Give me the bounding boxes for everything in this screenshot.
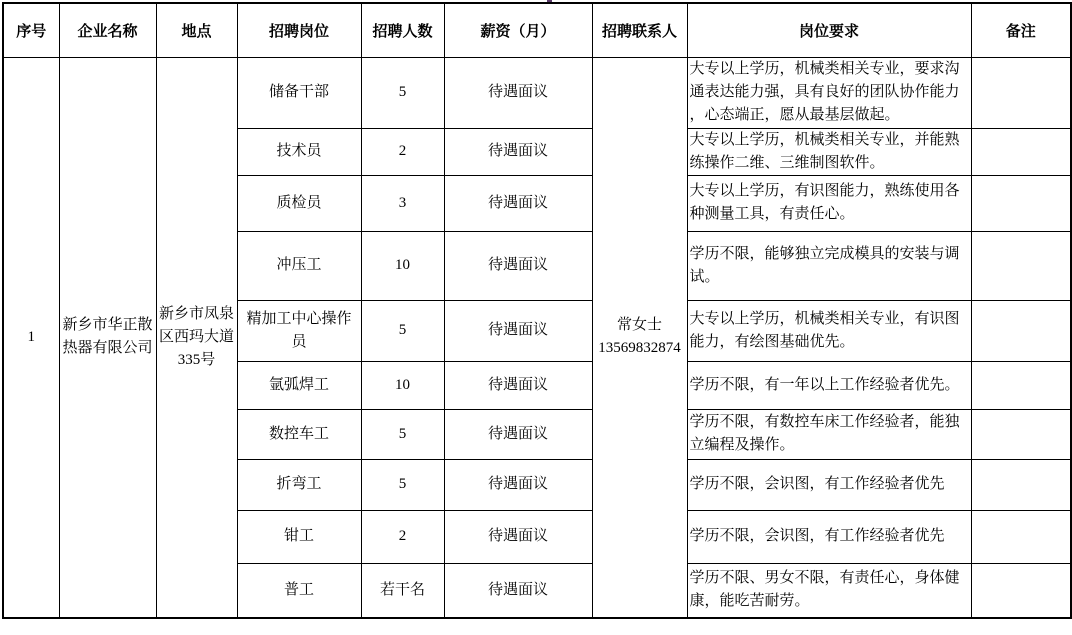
table-row: 1新乡市华正散热器有限公司新乡市凤泉区西玛大道335号储备干部5待遇面议常女士1…	[3, 57, 1071, 128]
position-cell: 质检员	[237, 175, 361, 231]
headcount-cell: 5	[361, 409, 444, 459]
note-cell	[971, 510, 1071, 563]
headcount-cell: 10	[361, 231, 444, 300]
col-header-salary: 薪资（月）	[444, 3, 592, 57]
requirements-cell: 大专以上学历，机械类相关专业，并能熟练操作二维、三维制图软件。	[687, 128, 971, 175]
headcount-cell: 5	[361, 459, 444, 510]
col-header-index: 序号	[3, 3, 59, 57]
header-row: 序号 企业名称 地点 招聘岗位 招聘人数 薪资（月） 招聘联系人 岗位要求 备注	[3, 3, 1071, 57]
salary-cell: 待遇面议	[444, 128, 592, 175]
salary-cell: 待遇面议	[444, 563, 592, 618]
col-header-contact: 招聘联系人	[592, 3, 687, 57]
salary-cell: 待遇面议	[444, 300, 592, 361]
note-cell	[971, 300, 1071, 361]
position-cell: 储备干部	[237, 57, 361, 128]
contact-cell: 常女士13569832874	[592, 57, 687, 618]
note-cell	[971, 361, 1071, 409]
note-cell	[971, 175, 1071, 231]
headcount-cell: 5	[361, 300, 444, 361]
contact-phone: 13569832874	[595, 337, 685, 360]
requirements-cell: 大专以上学历，机械类相关专业，有识图能力，有绘图基础优先。	[687, 300, 971, 361]
col-header-headcount: 招聘人数	[361, 3, 444, 57]
salary-cell: 待遇面议	[444, 57, 592, 128]
salary-cell: 待遇面议	[444, 361, 592, 409]
position-cell: 冲压工	[237, 231, 361, 300]
salary-cell: 待遇面议	[444, 175, 592, 231]
position-cell: 普工	[237, 563, 361, 618]
note-cell	[971, 409, 1071, 459]
note-cell	[971, 57, 1071, 128]
note-cell	[971, 231, 1071, 300]
salary-cell: 待遇面议	[444, 510, 592, 563]
recruitment-table: 序号 企业名称 地点 招聘岗位 招聘人数 薪资（月） 招聘联系人 岗位要求 备注…	[2, 2, 1072, 619]
salary-cell: 待遇面议	[444, 409, 592, 459]
index-cell: 1	[3, 57, 59, 618]
requirements-cell: 大专以上学历，有识图能力，熟练使用各种测量工具，有责任心。	[687, 175, 971, 231]
headcount-cell: 3	[361, 175, 444, 231]
col-header-company: 企业名称	[59, 3, 156, 57]
note-cell	[971, 128, 1071, 175]
headcount-cell: 若干名	[361, 563, 444, 618]
requirements-cell: 学历不限，会识图，有工作经验者优先	[687, 459, 971, 510]
headcount-cell: 5	[361, 57, 444, 128]
requirements-cell: 学历不限，有数控车床工作经验者，能独立编程及操作。	[687, 409, 971, 459]
company-name-cell: 新乡市华正散热器有限公司	[59, 57, 156, 618]
salary-cell: 待遇面议	[444, 231, 592, 300]
location-cell: 新乡市凤泉区西玛大道335号	[156, 57, 237, 618]
position-cell: 折弯工	[237, 459, 361, 510]
requirements-cell: 学历不限，能够独立完成模具的安装与调试。	[687, 231, 971, 300]
salary-cell: 待遇面议	[444, 459, 592, 510]
requirements-cell: 大专以上学历，机械类相关专业，要求沟通表达能力强，具有良好的团队协作能力，心态端…	[687, 57, 971, 128]
recruitment-table-wrap: 序号 企业名称 地点 招聘岗位 招聘人数 薪资（月） 招聘联系人 岗位要求 备注…	[0, 0, 1072, 619]
col-header-location: 地点	[156, 3, 237, 57]
position-cell: 技术员	[237, 128, 361, 175]
col-header-position: 招聘岗位	[237, 3, 361, 57]
position-cell: 氩弧焊工	[237, 361, 361, 409]
headcount-cell: 2	[361, 128, 444, 175]
requirements-cell: 学历不限、男女不限，有责任心，身体健康，能吃苦耐劳。	[687, 563, 971, 618]
col-header-note: 备注	[971, 3, 1071, 57]
col-header-requirements: 岗位要求	[687, 3, 971, 57]
position-cell: 钳工	[237, 510, 361, 563]
requirements-cell: 学历不限，会识图，有工作经验者优先	[687, 510, 971, 563]
headcount-cell: 10	[361, 361, 444, 409]
note-cell	[971, 459, 1071, 510]
headcount-cell: 2	[361, 510, 444, 563]
position-cell: 数控车工	[237, 409, 361, 459]
note-cell	[971, 563, 1071, 618]
requirements-cell: 学历不限，有一年以上工作经验者优先。	[687, 361, 971, 409]
position-cell: 精加工中心操作员	[237, 300, 361, 361]
contact-name: 常女士	[595, 314, 685, 337]
